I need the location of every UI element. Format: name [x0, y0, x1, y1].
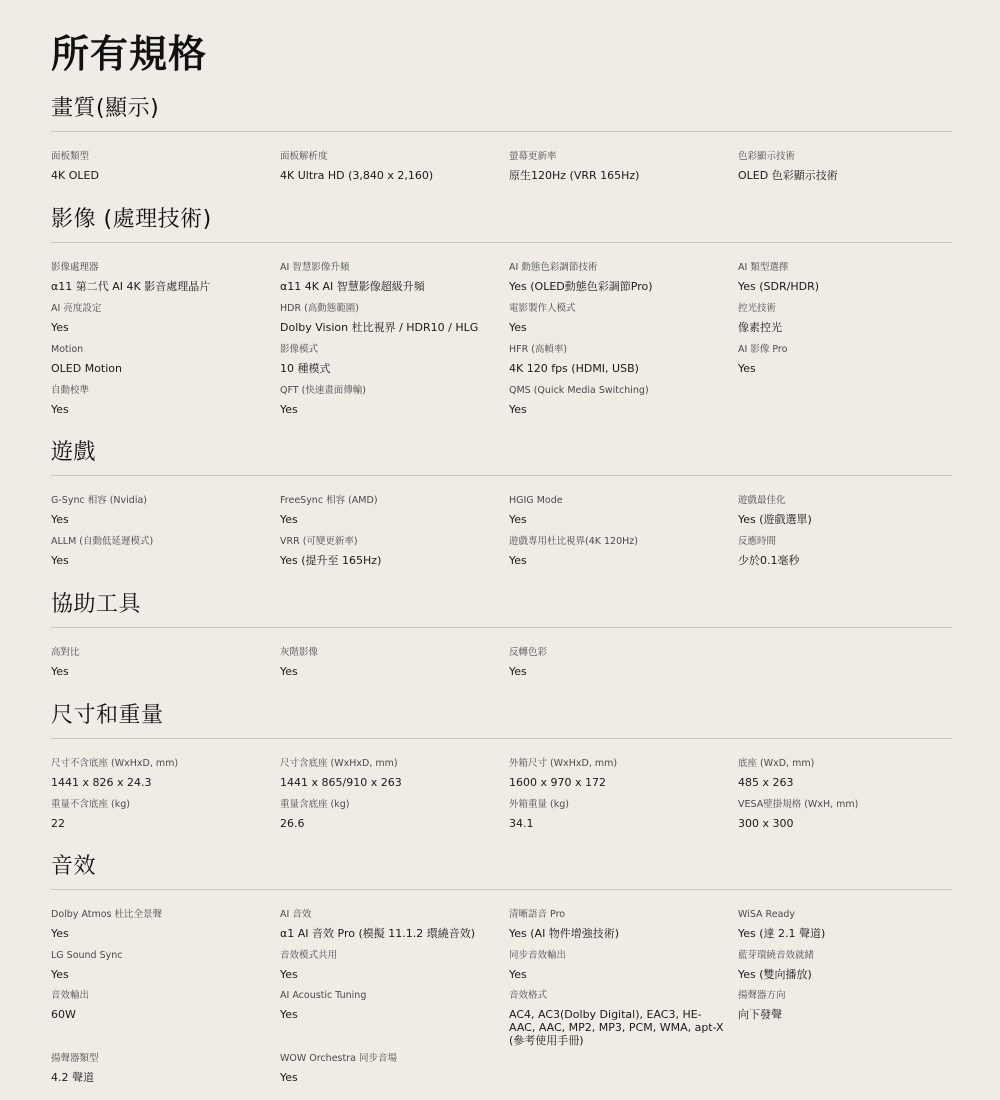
spec-label: 反轉色彩	[509, 646, 729, 660]
section-divider	[51, 131, 952, 132]
section-divider	[51, 475, 952, 476]
spec-item: 藍芽環繞音效就緒Yes (雙向播放)	[738, 949, 958, 981]
spec-value: Yes	[509, 554, 729, 567]
spec-item: LG Sound SyncYes	[51, 949, 271, 981]
spec-item: 螢幕更新率 原生120Hz (VRR 165Hz)	[509, 150, 729, 182]
section-title: 尺寸和重量	[51, 701, 952, 731]
spec-label: AI 影像 Pro	[738, 343, 958, 357]
spec-value: Yes	[738, 362, 958, 375]
section-title: 影像 (處理技術)	[51, 205, 952, 235]
spec-label: 揚聲器方向	[738, 989, 958, 1003]
spec-label: AI 音效	[280, 908, 500, 922]
spec-item: AI 動態色彩調節技術Yes (OLED動態色彩調節Pro)	[509, 261, 729, 293]
spec-item: AI 影像 ProYes	[738, 343, 958, 375]
spec-item: 反應時間少於0.1毫秒	[738, 535, 958, 567]
spec-label: QFT (快速畫面傳輸)	[280, 384, 500, 398]
spec-item: 影像處理器α11 第二代 AI 4K 影音處理晶片	[51, 261, 271, 293]
spec-item: 底座 (WxD, mm)485 x 263	[738, 757, 958, 789]
spec-item: QMS (Quick Media Switching)Yes	[509, 384, 729, 416]
spec-value: 像素控光	[738, 321, 958, 334]
spec-label: AI 類型選擇	[738, 261, 958, 275]
page-title: 所有規格	[51, 30, 207, 78]
spec-item: 遊戲最佳化Yes (遊戲選單)	[738, 494, 958, 526]
spec-value: AC4, AC3(Dolby Digital), EAC3, HE-AAC, A…	[509, 1008, 724, 1047]
spec-value: 60W	[51, 1008, 271, 1021]
spec-value: 1600 x 970 x 172	[509, 776, 729, 789]
section-title: 遊戲	[51, 438, 952, 468]
spec-label: G-Sync 相容 (Nvidia)	[51, 494, 271, 508]
spec-label: 音效格式	[509, 989, 729, 1003]
spec-item: G-Sync 相容 (Nvidia)Yes	[51, 494, 271, 526]
spec-value: Yes	[280, 513, 500, 526]
spec-value: Yes	[51, 665, 271, 678]
spec-label: 同步音效輸出	[509, 949, 729, 963]
spec-item: AI 亮度設定Yes	[51, 302, 271, 334]
spec-value: 485 x 263	[738, 776, 958, 789]
spec-item: 灰階影像Yes	[280, 646, 500, 678]
spec-item: WOW Orchestra 同步音場Yes	[280, 1052, 500, 1084]
spec-label: AI 動態色彩調節技術	[509, 261, 729, 275]
spec-value: Yes (OLED動態色彩調節Pro)	[509, 280, 729, 293]
section-divider	[51, 889, 952, 890]
spec-label: 清晰語音 Pro	[509, 908, 729, 922]
spec-label: 反應時間	[738, 535, 958, 549]
section-title: 協助工具	[51, 590, 952, 620]
spec-value: 1441 x 865/910 x 263	[280, 776, 500, 789]
spec-value: Yes (達 2.1 聲道)	[738, 927, 958, 940]
spec-item: FreeSync 相容 (AMD)Yes	[280, 494, 500, 526]
spec-item: WiSA ReadyYes (達 2.1 聲道)	[738, 908, 958, 940]
spec-label: LG Sound Sync	[51, 949, 271, 963]
spec-value: 少於0.1毫秒	[738, 554, 958, 567]
spec-item: 音效輸出60W	[51, 989, 271, 1021]
section-title: 畫質(顯示)	[51, 94, 952, 124]
spec-value: Yes	[509, 968, 729, 981]
spec-value: Yes	[51, 927, 271, 940]
section-audio: 音效 Dolby Atmos 杜比全景聲Yes AI 音效α1 AI 音效 Pr…	[51, 852, 952, 890]
spec-label: 重量含底座 (kg)	[280, 798, 500, 812]
spec-value: Yes	[51, 321, 271, 334]
spec-value: α11 4K AI 智慧影像超級升頻	[280, 280, 500, 293]
spec-value: Yes	[280, 1071, 500, 1084]
spec-label: Motion	[51, 343, 271, 357]
spec-item: HFR (高幀率)4K 120 fps (HDMI, USB)	[509, 343, 729, 375]
spec-value: Yes	[280, 403, 500, 416]
section-title: 音效	[51, 852, 952, 882]
section-image-processing: 影像 (處理技術) 影像處理器α11 第二代 AI 4K 影音處理晶片 AI 智…	[51, 205, 952, 243]
spec-item: 面板解析度 4K Ultra HD (3,840 x 2,160)	[280, 150, 500, 182]
spec-item: 同步音效輸出Yes	[509, 949, 729, 981]
spec-item: 揚聲器方向向下發聲	[738, 989, 958, 1021]
spec-label: 藍芽環繞音效就緒	[738, 949, 958, 963]
spec-label: 音效模式共用	[280, 949, 500, 963]
spec-label: VESA壁掛規格 (WxH, mm)	[738, 798, 958, 812]
spec-value: 原生120Hz (VRR 165Hz)	[509, 169, 729, 182]
spec-label: VRR (可變更新率)	[280, 535, 500, 549]
spec-item: 清晰語音 ProYes (AI 物件增強技術)	[509, 908, 729, 940]
spec-value: 向下發聲	[738, 1008, 958, 1021]
spec-value: Yes	[51, 513, 271, 526]
spec-label: 面板類型	[51, 150, 271, 164]
spec-label: 外箱重量 (kg)	[509, 798, 729, 812]
spec-value: Yes	[280, 665, 500, 678]
spec-label: 螢幕更新率	[509, 150, 729, 164]
spec-value: Yes (提升至 165Hz)	[280, 554, 500, 567]
spec-item: 音效格式AC4, AC3(Dolby Digital), EAC3, HE-AA…	[509, 989, 729, 1047]
spec-label: 尺寸不含底座 (WxHxD, mm)	[51, 757, 271, 771]
spec-item: VRR (可變更新率)Yes (提升至 165Hz)	[280, 535, 500, 567]
spec-item: 重量含底座 (kg)26.6	[280, 798, 500, 830]
spec-value: Yes (SDR/HDR)	[738, 280, 958, 293]
spec-item: AI 類型選擇Yes (SDR/HDR)	[738, 261, 958, 293]
spec-value: 300 x 300	[738, 817, 958, 830]
spec-item: VESA壁掛規格 (WxH, mm)300 x 300	[738, 798, 958, 830]
spec-value: 10 種模式	[280, 362, 500, 375]
spec-label: WOW Orchestra 同步音場	[280, 1052, 500, 1066]
spec-value: 4K 120 fps (HDMI, USB)	[509, 362, 729, 375]
spec-value: 1441 x 826 x 24.3	[51, 776, 271, 789]
spec-item: 色彩顯示技術 OLED 色彩顯示技術	[738, 150, 958, 182]
spec-value: Yes	[280, 968, 500, 981]
spec-item: 音效模式共用Yes	[280, 949, 500, 981]
spec-label: 揚聲器類型	[51, 1052, 271, 1066]
spec-value: 22	[51, 817, 271, 830]
spec-item: 影像模式10 種模式	[280, 343, 500, 375]
spec-label: 外箱尺寸 (WxHxD, mm)	[509, 757, 729, 771]
spec-label: AI 智慧影像升頻	[280, 261, 500, 275]
spec-value: Yes (雙向播放)	[738, 968, 958, 981]
spec-value: Yes	[509, 403, 729, 416]
spec-item: 自動校準Yes	[51, 384, 271, 416]
spec-value: Yes	[509, 665, 729, 678]
spec-item: 電影製作人模式Yes	[509, 302, 729, 334]
spec-item: 尺寸含底座 (WxHxD, mm)1441 x 865/910 x 263	[280, 757, 500, 789]
spec-label: 底座 (WxD, mm)	[738, 757, 958, 771]
spec-label: 影像模式	[280, 343, 500, 357]
spec-label: 灰階影像	[280, 646, 500, 660]
spec-label: WiSA Ready	[738, 908, 958, 922]
spec-value: α1 AI 音效 Pro (模擬 11.1.2 環繞音效)	[280, 927, 500, 940]
spec-item: AI 音效α1 AI 音效 Pro (模擬 11.1.2 環繞音效)	[280, 908, 500, 940]
spec-label: 自動校準	[51, 384, 271, 398]
spec-item: 尺寸不含底座 (WxHxD, mm)1441 x 826 x 24.3	[51, 757, 271, 789]
spec-label: Dolby Atmos 杜比全景聲	[51, 908, 271, 922]
spec-value: α11 第二代 AI 4K 影音處理晶片	[51, 280, 271, 293]
spec-label: 遊戲專用杜比視界(4K 120Hz)	[509, 535, 729, 549]
spec-value: Yes	[51, 968, 271, 981]
spec-label: 高對比	[51, 646, 271, 660]
spec-label: 重量不含底座 (kg)	[51, 798, 271, 812]
spec-value: Yes	[509, 513, 729, 526]
spec-item: 揚聲器類型4.2 聲道	[51, 1052, 271, 1084]
spec-label: HGIG Mode	[509, 494, 729, 508]
spec-label: HDR (高動態範圍)	[280, 302, 500, 316]
section-divider	[51, 738, 952, 739]
spec-value: 4K OLED	[51, 169, 271, 182]
spec-label: 影像處理器	[51, 261, 271, 275]
spec-label: 色彩顯示技術	[738, 150, 958, 164]
spec-item: 高對比Yes	[51, 646, 271, 678]
spec-label: AI 亮度設定	[51, 302, 271, 316]
spec-item: 反轉色彩Yes	[509, 646, 729, 678]
section-dimensions-weight: 尺寸和重量 尺寸不含底座 (WxHxD, mm)1441 x 826 x 24.…	[51, 701, 952, 739]
spec-label: 控光技術	[738, 302, 958, 316]
section-gaming: 遊戲 G-Sync 相容 (Nvidia)Yes FreeSync 相容 (AM…	[51, 438, 952, 476]
spec-item: Dolby Atmos 杜比全景聲Yes	[51, 908, 271, 940]
spec-label: 尺寸含底座 (WxHxD, mm)	[280, 757, 500, 771]
spec-label: 電影製作人模式	[509, 302, 729, 316]
spec-value: 26.6	[280, 817, 500, 830]
spec-item: 面板類型 4K OLED	[51, 150, 271, 182]
spec-label: ALLM (自動低延遲模式)	[51, 535, 271, 549]
spec-value: Dolby Vision 杜比視界 / HDR10 / HLG	[280, 321, 500, 334]
spec-item: MotionOLED Motion	[51, 343, 271, 375]
spec-label: AI Acoustic Tuning	[280, 989, 500, 1003]
spec-label: 遊戲最佳化	[738, 494, 958, 508]
spec-value: 34.1	[509, 817, 729, 830]
spec-value: OLED 色彩顯示技術	[738, 169, 958, 182]
spec-item: QFT (快速畫面傳輸)Yes	[280, 384, 500, 416]
spec-item: 外箱尺寸 (WxHxD, mm)1600 x 970 x 172	[509, 757, 729, 789]
spec-item: 重量不含底座 (kg)22	[51, 798, 271, 830]
spec-value: Yes	[280, 1008, 500, 1021]
spec-value: 4.2 聲道	[51, 1071, 271, 1084]
spec-value: Yes	[509, 321, 729, 334]
spec-value: 4K Ultra HD (3,840 x 2,160)	[280, 169, 500, 182]
section-display: 畫質(顯示) 面板類型 4K OLED 面板解析度 4K Ultra HD (3…	[51, 94, 952, 132]
spec-value: Yes	[51, 403, 271, 416]
spec-item: 控光技術像素控光	[738, 302, 958, 334]
spec-value: Yes (遊戲選單)	[738, 513, 958, 526]
spec-label: 音效輸出	[51, 989, 271, 1003]
spec-label: QMS (Quick Media Switching)	[509, 384, 729, 398]
spec-label: HFR (高幀率)	[509, 343, 729, 357]
spec-value: Yes	[51, 554, 271, 567]
spec-item: ALLM (自動低延遲模式)Yes	[51, 535, 271, 567]
spec-item: AI Acoustic TuningYes	[280, 989, 500, 1021]
spec-item: HDR (高動態範圍)Dolby Vision 杜比視界 / HDR10 / H…	[280, 302, 500, 334]
spec-item: AI 智慧影像升頻α11 4K AI 智慧影像超級升頻	[280, 261, 500, 293]
section-accessibility: 協助工具 高對比Yes 灰階影像Yes 反轉色彩Yes	[51, 590, 952, 628]
section-divider	[51, 242, 952, 243]
spec-label: FreeSync 相容 (AMD)	[280, 494, 500, 508]
section-divider	[51, 627, 952, 628]
spec-item: HGIG ModeYes	[509, 494, 729, 526]
spec-value: Yes (AI 物件增強技術)	[509, 927, 729, 940]
spec-value: OLED Motion	[51, 362, 271, 375]
spec-item: 遊戲專用杜比視界(4K 120Hz)Yes	[509, 535, 729, 567]
spec-item: 外箱重量 (kg)34.1	[509, 798, 729, 830]
spec-label: 面板解析度	[280, 150, 500, 164]
